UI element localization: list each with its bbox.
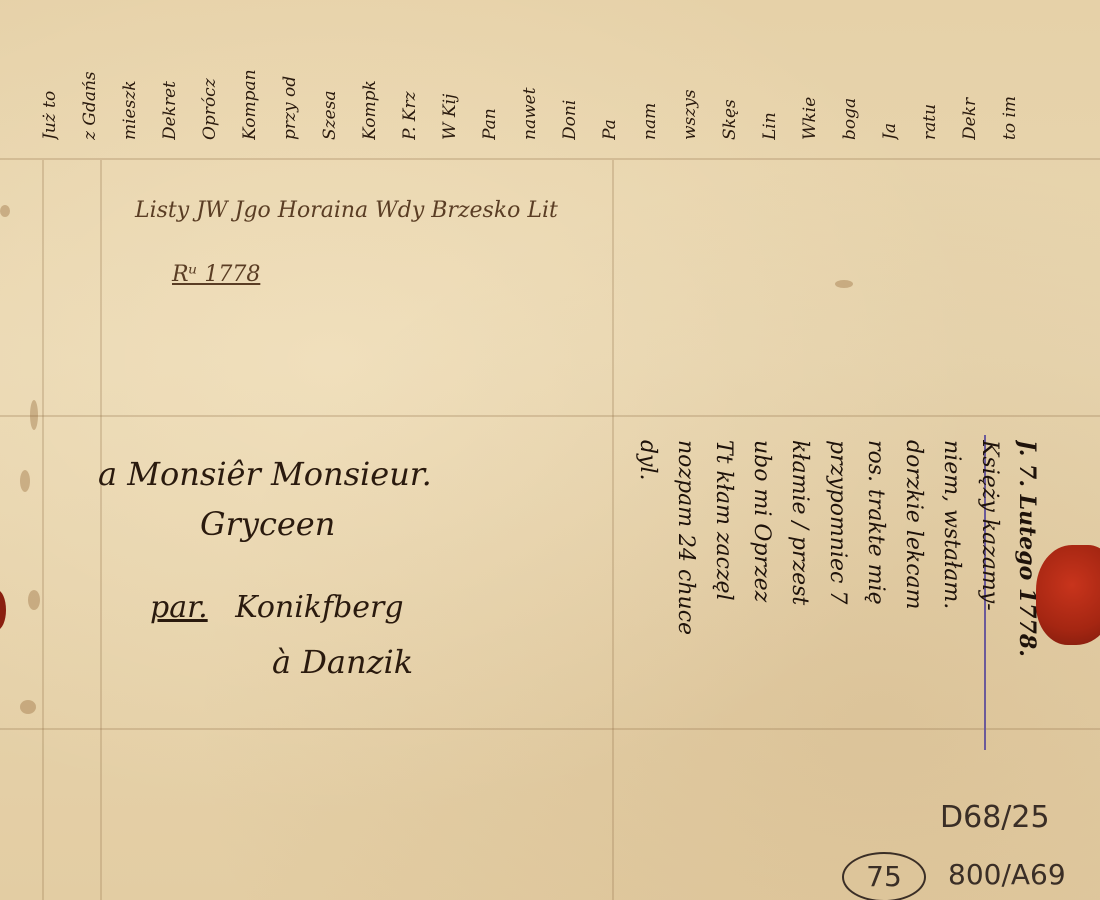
ink-stain <box>20 470 30 492</box>
fold-line <box>0 158 1100 160</box>
side-note-line: przypomniec 7 <box>816 440 850 730</box>
fold-line <box>100 160 102 900</box>
text-column: nawet <box>520 0 556 140</box>
text-column: Skęs <box>720 0 756 140</box>
text-column: to im <box>1000 0 1036 140</box>
side-note-line: niem, wstałam. <box>930 440 964 730</box>
ink-stain <box>835 280 853 288</box>
fold-line <box>0 415 1100 417</box>
ink-stain <box>28 590 40 610</box>
text-column: Dekret <box>160 0 196 140</box>
side-note-date: J. 7. Lutego 1778. <box>1006 440 1040 730</box>
address-destination: à Danzik <box>272 643 413 681</box>
address-via-city: Konikfberg <box>235 590 403 625</box>
text-column: ratu <box>920 0 956 140</box>
side-note-line: Tt kłam zaczęl <box>702 440 736 730</box>
side-note-line: ros. trakte mię <box>854 440 888 730</box>
letter-body-text: Już to z Gdańs mieszk Dekret Oprócz Komp… <box>40 0 1100 150</box>
text-column: Już to <box>40 0 76 140</box>
side-note-line: ubo mi Oprzez <box>740 440 774 730</box>
address-salutation: a Monsiêr Monsieur. <box>98 455 432 493</box>
side-note: J. 7. Lutego 1778. Księży kazamy- niem, … <box>620 440 1040 740</box>
wax-seal <box>1036 545 1100 645</box>
text-column: Pan <box>480 0 516 140</box>
text-column: Kompan <box>240 0 276 140</box>
side-note-line: dyl. <box>626 440 660 730</box>
text-column: P. Krz <box>400 0 436 140</box>
address-route: par. Konikfberg <box>150 590 404 625</box>
text-column: Ja <box>880 0 916 140</box>
text-column: Doni <box>560 0 596 140</box>
text-column: Wkie <box>800 0 836 140</box>
address-recipient: Gryceen <box>200 505 335 543</box>
text-column: boga <box>840 0 876 140</box>
side-note-line: dorzkie lekcam <box>892 440 926 730</box>
text-column: Szesa <box>320 0 356 140</box>
archive-signature: D68/25 <box>940 800 1050 835</box>
text-column: W Kij <box>440 0 476 140</box>
side-note-line: nozpam 24 chuce <box>664 440 698 730</box>
archive-shelfmark: 800/A69 <box>948 858 1066 891</box>
text-column: Pa <box>600 0 636 140</box>
side-note-line: Księży kazamy- <box>968 440 1002 730</box>
text-column: z Gdańs <box>80 0 116 140</box>
text-column: nam <box>640 0 676 140</box>
archival-annotation-title: Listy JW Jgo Horaina Wdy Brzesko Lit <box>135 198 558 223</box>
archive-circled-number: 75 <box>842 852 926 900</box>
text-column: Dekr <box>960 0 996 140</box>
ink-stain <box>0 205 10 217</box>
side-note-line: kłamie / przest <box>778 440 812 730</box>
ink-stain <box>30 400 38 430</box>
text-column: przy od <box>280 0 316 140</box>
text-column: wszys <box>680 0 716 140</box>
text-column: Lin <box>760 0 796 140</box>
text-column: mieszk <box>120 0 156 140</box>
text-column: Oprócz <box>200 0 236 140</box>
ink-stain <box>20 700 36 714</box>
archival-annotation-year: Rᵘ 1778 <box>172 262 260 287</box>
fold-line <box>42 160 44 900</box>
text-column: Kompk <box>360 0 396 140</box>
address-par: par. <box>150 590 208 625</box>
fold-line <box>612 160 614 900</box>
